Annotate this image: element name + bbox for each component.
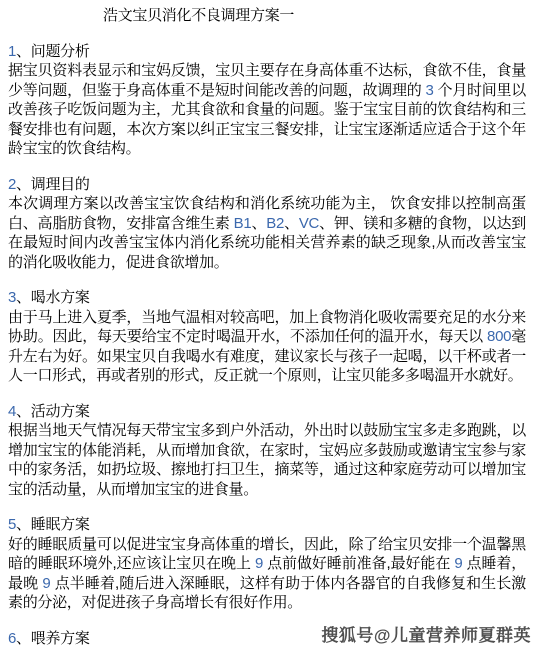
number-highlight: 5 bbox=[8, 516, 16, 533]
text-run: 根据当地天气情况每天带宝宝多到户外活动，外出时以鼓励宝宝多走多跑跳，以增加宝宝的… bbox=[8, 422, 526, 498]
text-run: 点前做好睡前准备,最好能在 bbox=[267, 555, 450, 572]
section-1: 1、问题分析据宝贝资料表显示和宝妈反馈，宝贝主要存在身高体重不达标，食欲不佳，食… bbox=[8, 42, 526, 159]
section-heading: 3、喝水方案 bbox=[8, 288, 526, 308]
section-heading: 4、活动方案 bbox=[8, 402, 526, 422]
text-run: 、 bbox=[251, 215, 266, 232]
section-heading: 2、调理目的 bbox=[8, 175, 526, 195]
number-highlight: VC bbox=[299, 215, 319, 232]
number-highlight: 9 bbox=[251, 555, 267, 572]
page-title: 浩文宝贝消化不良调理方案一 bbox=[103, 6, 526, 26]
text-run: 、问题分析 bbox=[16, 43, 90, 60]
section-body: 由于马上进入夏季，当地气温相对较高吧，加上食物消化吸收需要充足的水分来协助。因此… bbox=[8, 308, 526, 386]
section-body: 根据当地天气情况每天带宝宝多到户外活动，外出时以鼓励宝宝多走多跑跳，以增加宝宝的… bbox=[8, 421, 526, 499]
text-run: 、喝水方案 bbox=[16, 289, 90, 306]
number-highlight: 4 bbox=[8, 403, 16, 420]
text-run: 、调理目的 bbox=[16, 176, 90, 193]
section-3: 3、喝水方案由于马上进入夏季，当地气温相对较高吧，加上食物消化吸收需要充足的水分… bbox=[8, 288, 526, 386]
section-2: 2、调理目的本次调理方案以改善宝宝饮食结构和消化系统功能为主， 饮食安排以控制高… bbox=[8, 175, 526, 273]
text-run: 、活动方案 bbox=[16, 403, 90, 420]
number-highlight: 2 bbox=[8, 176, 16, 193]
text-run: 点半睡着,随后进入深睡眠，这样有助于体内各器官的自我修复和生长激素的分泌，对促进… bbox=[8, 575, 526, 612]
section-heading: 1、问题分析 bbox=[8, 42, 526, 62]
text-run: 、喂养方案 bbox=[16, 630, 90, 647]
number-highlight: B1 bbox=[234, 215, 252, 232]
number-highlight: 1 bbox=[8, 43, 16, 60]
section-body: 好的睡眠质量可以促进宝宝身高体重的增长，因此，除了给宝贝安排一个温馨黑暗的睡眠环… bbox=[8, 535, 526, 613]
document-page: 浩文宝贝消化不良调理方案一 1、问题分析据宝贝资料表显示和宝妈反馈，宝贝主要存在… bbox=[0, 0, 534, 648]
section-heading: 5、睡眠方案 bbox=[8, 515, 526, 535]
section-5: 5、睡眠方案好的睡眠质量可以促进宝宝身高体重的增长，因此，除了给宝贝安排一个温馨… bbox=[8, 515, 526, 613]
number-highlight: 3 bbox=[422, 82, 438, 99]
text-run: 、睡眠方案 bbox=[16, 516, 90, 533]
number-highlight: B2 bbox=[266, 215, 284, 232]
number-highlight: 6 bbox=[8, 630, 16, 647]
section-4: 4、活动方案根据当地天气情况每天带宝宝多到户外活动，外出时以鼓励宝宝多走多跑跳，… bbox=[8, 402, 526, 500]
text-run: 、 bbox=[284, 215, 299, 232]
text-run: 由于马上进入夏季，当地气温相对较高吧，加上食物消化吸收需要充足的水分来协助。因此… bbox=[8, 309, 526, 346]
watermark-sohu-account: 搜狐号@儿童营养师夏群英 bbox=[321, 626, 531, 646]
number-highlight: 3 bbox=[8, 289, 16, 306]
number-highlight: 9 bbox=[38, 575, 55, 592]
sections-container: 1、问题分析据宝贝资料表显示和宝妈反馈，宝贝主要存在身高体重不达标，食欲不佳，食… bbox=[8, 42, 526, 648]
number-highlight: 9 bbox=[450, 555, 466, 572]
number-highlight: 800 bbox=[483, 328, 511, 345]
section-body: 本次调理方案以改善宝宝饮食结构和消化系统功能为主， 饮食安排以控制高蛋白、高脂肪… bbox=[8, 194, 526, 272]
section-body: 据宝贝资料表显示和宝妈反馈，宝贝主要存在身高体重不达标，食欲不佳，食量少等问题，… bbox=[8, 61, 526, 159]
